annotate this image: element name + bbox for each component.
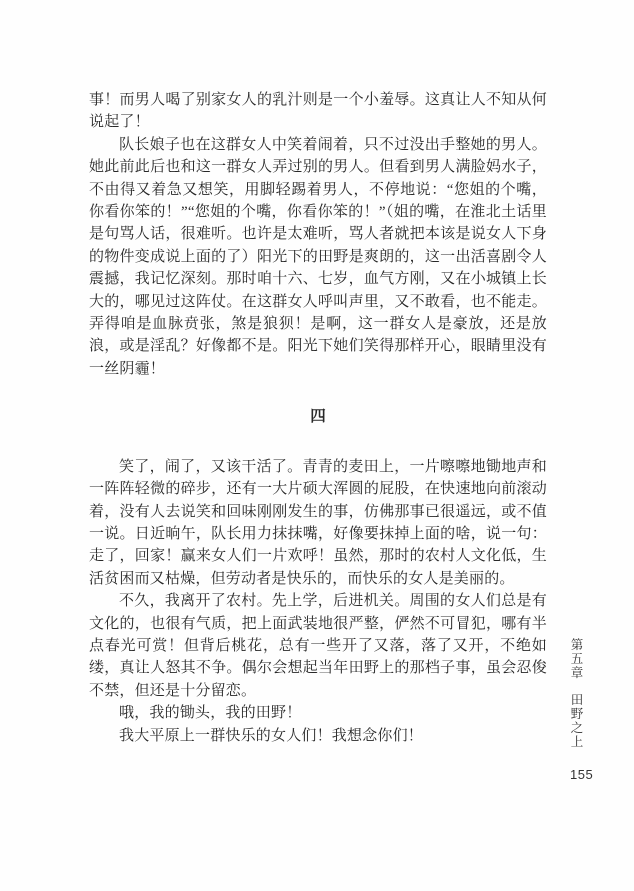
chapter-number-label: 第五章 (569, 638, 583, 680)
paragraph: 不久，我离开了农村。先上学，后进机关。周围的女人们总是有文化的，也很有气质，把上… (89, 590, 547, 702)
paragraph: 笑了，闹了，又该干活了。青青的麦田上，一片嚓嚓地锄地声和一阵阵轻微的碎步，还有一… (89, 456, 547, 590)
paragraph: 队长娘子也在这群女人中笑着闹着，只不过没出手整她的男人。她此前此后也和这一群女人… (89, 134, 547, 380)
paragraph: 我大平原上一群快乐的女人们！我想念你们！ (89, 725, 547, 747)
page-body-text: 事！而男人喝了别家女人的乳汁则是一个小羞辱。这真让人不知从何说起了！ 队长娘子也… (89, 89, 547, 747)
book-page: 事！而男人喝了别家女人的乳汁则是一个小羞辱。这真让人不知从何说起了！ 队长娘子也… (0, 0, 634, 891)
page-number: 155 (570, 767, 593, 782)
paragraph: 哦，我的锄头，我的田野！ (89, 702, 547, 724)
paragraph-continuation: 事！而男人喝了别家女人的乳汁则是一个小羞辱。这真让人不知从何说起了！ (89, 89, 547, 134)
section-number-heading: 四 (89, 406, 547, 428)
chapter-running-title: 第五章田野之上 (569, 638, 583, 749)
chapter-title-label: 田野之上 (569, 693, 583, 749)
